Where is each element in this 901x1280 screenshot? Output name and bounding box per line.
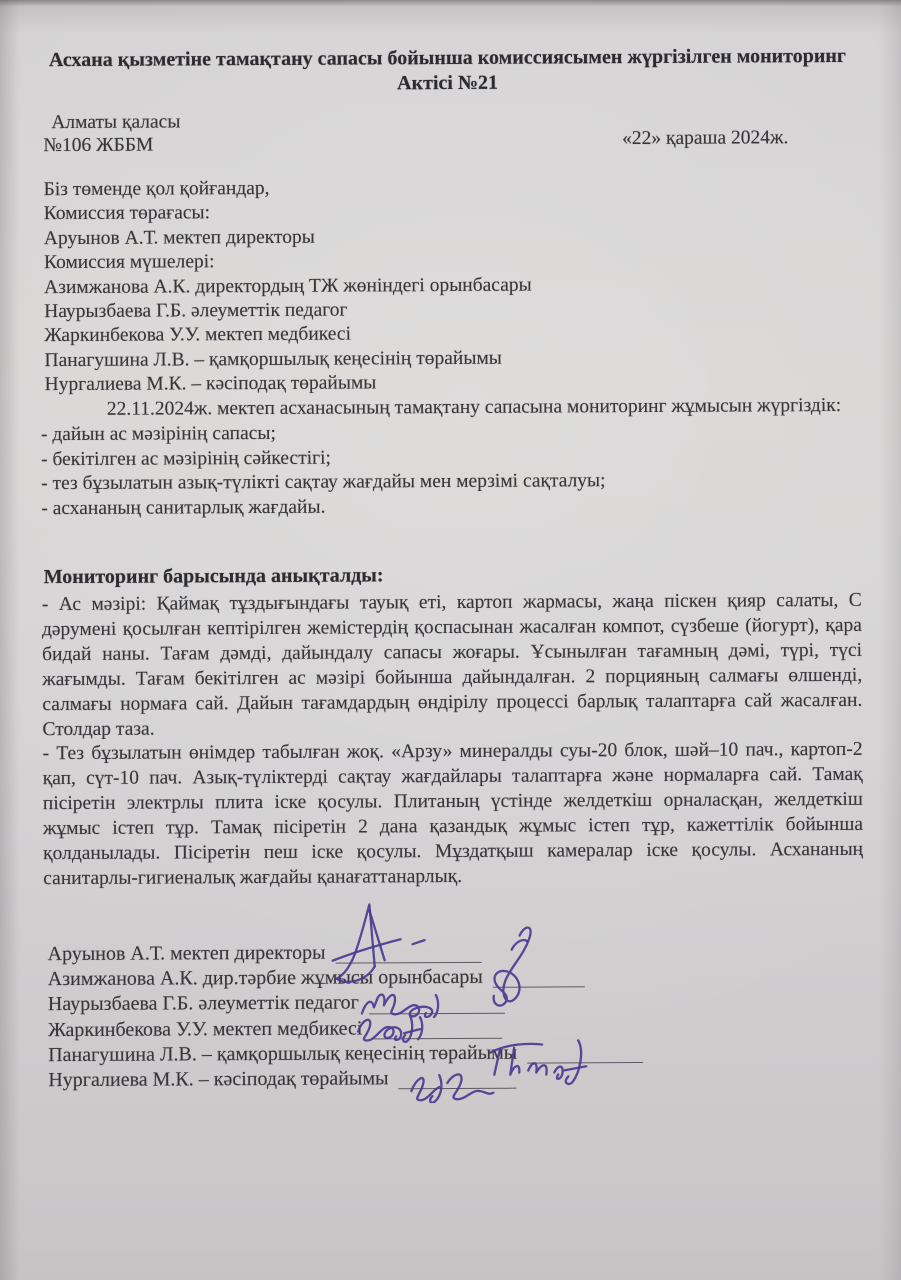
city-line: Алматы қаласы <box>51 111 180 134</box>
monitoring-intro: 22.11.2024ж. мектеп асханасының тамақтан… <box>43 395 863 421</box>
signature-label: Жаркинбекова У.У. мектеп медбикесі <box>48 1017 363 1042</box>
signature-row: Панагушина Л.В. – қамқоршылық кеңесінің … <box>48 1041 643 1069</box>
monitoring-bullets: - дайын ас мәзірінің сапасы; - бекітілге… <box>41 420 606 521</box>
commission-line: Біз төменде қол қойғандар, <box>44 176 532 203</box>
signature-label: Панагушина Л.В. – қамқоршылық кеңесінің … <box>48 1041 517 1066</box>
document-sheet: Асхана қызметіне тамақтану сапасы бойынш… <box>0 0 901 1280</box>
signature-line <box>399 1087 517 1090</box>
commission-line: Комиссия төрағасы: <box>44 200 532 227</box>
doc-act-number: Актісі №21 <box>0 69 898 99</box>
findings-body: - Ас мәзірі: Қаймақ тұздығындағы тауық е… <box>42 589 864 892</box>
date-line: «22» қараша 2024ж. <box>622 127 788 150</box>
signature-line <box>336 961 482 964</box>
commission-line: Нургалиева М.К. – кәсіподақ төрайымы <box>45 371 533 398</box>
bullet-item: - асхананың санитарлық жағдайы. <box>41 494 605 522</box>
school-line: №106 ЖББМ <box>43 135 153 158</box>
signature-row: Аруынов А.Т. мектеп директоры <box>48 940 643 968</box>
signature-label: Нургалиева М.К. – кәсіподақ төрайымы <box>48 1067 388 1092</box>
signature-line <box>369 1011 505 1014</box>
findings-heading: Мониторинг барысында анықталды: <box>44 564 384 589</box>
signature-label: Наурызбаева Г.Б. әлеуметтік педагог <box>48 992 359 1017</box>
bullet-item: - тез бұзылатын азық-түлікті сақтау жағд… <box>41 469 605 497</box>
doc-title: Асхана қызметіне тамақтану сапасы бойынш… <box>0 44 898 99</box>
findings-paragraph-1: - Ас мәзірі: Қаймақ тұздығындағы тауық е… <box>42 589 863 743</box>
bullet-item: - дайын ас мәзірінің сапасы; <box>41 420 605 448</box>
bullet-item: - бекітілген ас мәзірінің сәйкестігі; <box>41 445 605 473</box>
signature-line <box>527 1061 643 1064</box>
signature-label: Аруынов А.Т. мектеп директоры <box>48 942 326 966</box>
signature-line <box>493 986 585 988</box>
commission-list: Біз төменде қол қойғандар, Комиссия төра… <box>44 176 533 398</box>
signature-row: Наурызбаева Г.Б. әлеуметтік педагог <box>48 990 643 1018</box>
commission-line: Азимжанова А.К. директордың ТЖ жөніндегі… <box>44 273 532 300</box>
commission-line: Жаркинбекова У.У. мектеп медбикесі <box>44 322 532 349</box>
commission-line: Панагушина Л.В. – қамқоршылық кеңесінің … <box>44 346 532 373</box>
signature-block: Аруынов А.Т. мектеп директоры Азимжанова… <box>48 940 644 1094</box>
scanned-document-photo: Асхана қызметіне тамақтану сапасы бойынш… <box>0 0 901 1280</box>
commission-line: Наурызбаева Г.Б. әлеуметтік педагог <box>44 298 532 325</box>
signature-row: Жаркинбекова У.У. мектеп медбикесі <box>48 1016 643 1044</box>
commission-line: Аруынов А.Т. мектеп директоры <box>44 224 532 251</box>
doc-title-line1: Асхана қызметіне тамақтану сапасы бойынш… <box>0 44 898 74</box>
signature-row: Нургалиева М.К. – кәсіподақ төрайымы <box>48 1066 643 1094</box>
signature-label: Азимжанова А.К. дир.тәрбие жұмысы орынба… <box>48 966 483 991</box>
signature-row: Азимжанова А.К. дир.тәрбие жұмысы орынба… <box>48 965 643 993</box>
commission-line: Комиссия мүшелері: <box>44 249 532 276</box>
findings-paragraph-2: - Тез бұзылатын өнімдер табылған жоқ. «А… <box>43 738 864 892</box>
signature-line <box>373 1036 503 1039</box>
